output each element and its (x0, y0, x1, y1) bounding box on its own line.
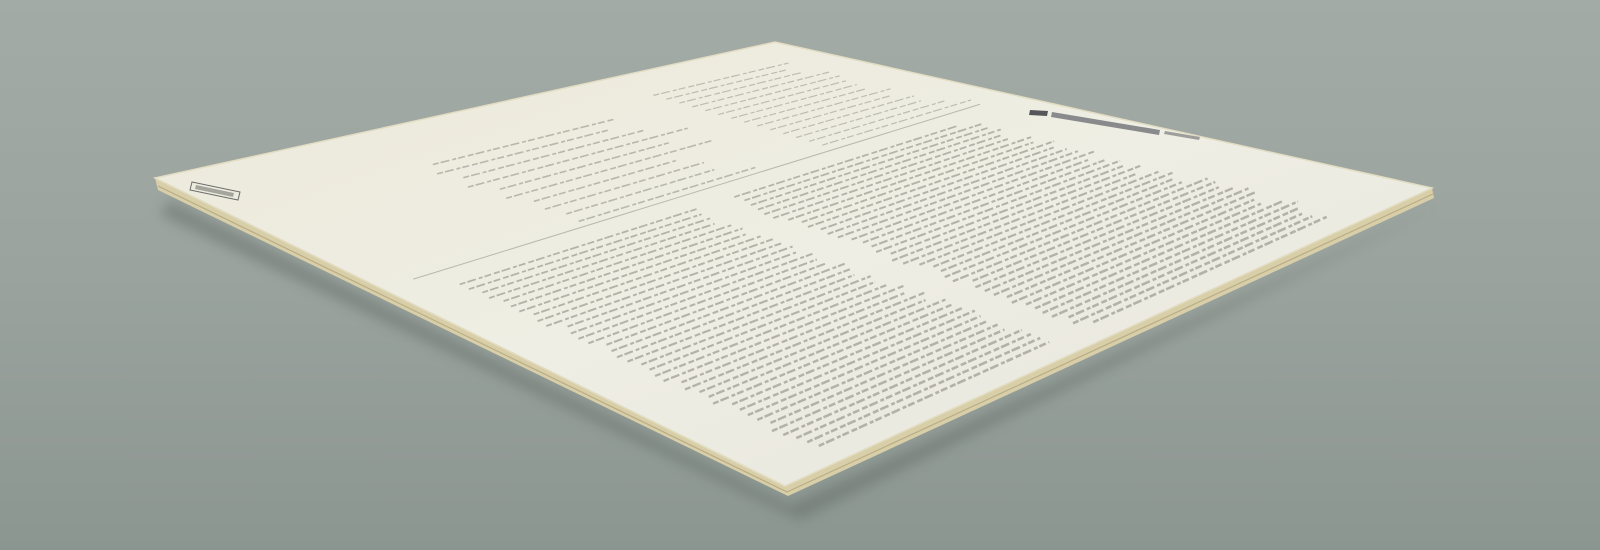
photo-scene (0, 0, 1600, 550)
